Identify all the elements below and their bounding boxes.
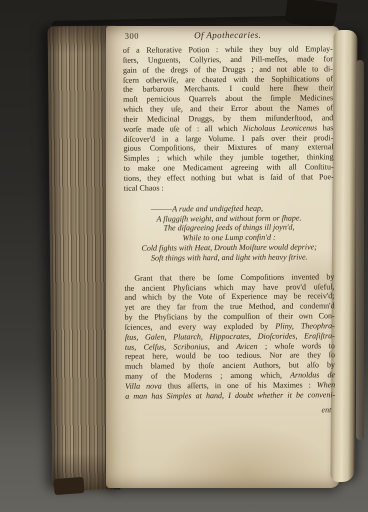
text-line: a man has Simples at hand, I doubt wheth…	[125, 390, 335, 401]
printed-area: 300 Of Apothecaries. of a Reſtorative Po…	[123, 29, 336, 415]
catchword: ent	[125, 405, 335, 415]
book-scan-photo: 300 Of Apothecaries. of a Reſtorative Po…	[0, 0, 368, 512]
prose-paragraph: of a Reſtorative Potion : while they buy…	[123, 44, 334, 193]
running-title: Of Apothecaries.	[123, 29, 333, 40]
text-line: tions, they effect nothing but what is ſ…	[124, 172, 334, 183]
prose-paragraph: Grant that there be ſome Compoſitions in…	[124, 272, 335, 401]
next-leaf-edge	[356, 60, 364, 440]
text-line: Soft things with hard, and light with he…	[124, 252, 334, 263]
page-fore-edge-curl	[330, 30, 357, 482]
page-number: 300	[125, 31, 139, 41]
verse-quote: ———A rude and undigeſted heap,A ſluggiſh…	[124, 203, 334, 264]
binding-foot	[53, 477, 84, 495]
text-line: tical Chaos :	[124, 182, 334, 193]
body-text: of a Reſtorative Potion : while they buy…	[123, 44, 335, 401]
running-headline: 300 Of Apothecaries.	[123, 29, 333, 43]
